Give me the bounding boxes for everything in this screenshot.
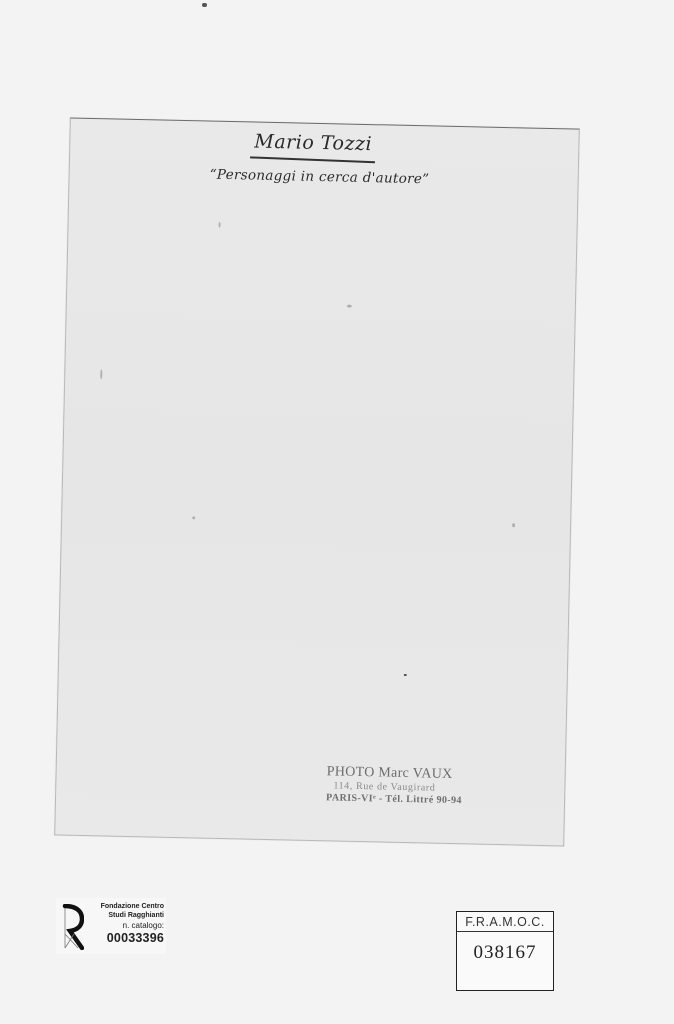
fleck [404, 674, 407, 676]
catalog-label: n. catalogo: [86, 921, 164, 931]
handwritten-underline [250, 156, 375, 162]
dust-speck [202, 3, 207, 7]
framoc-stamp: F.R.A.M.O.C. 038167 [456, 911, 554, 991]
framoc-header: F.R.A.M.O.C. [457, 912, 553, 932]
fleck [219, 222, 221, 228]
photographer-stamp: PHOTO Marc VAUX 114, Rue de Vaugirard PA… [326, 764, 463, 806]
framoc-number: 038167 [457, 942, 553, 964]
handwritten-artist-name: Mario Tozzi [254, 131, 372, 156]
photo-card-verso: Mario Tozzi “Personaggi in cerca d'autor… [54, 118, 580, 847]
fleck [100, 369, 102, 379]
catalog-number: 00033396 [86, 931, 164, 945]
foundation-text: Fondazione Centro Studi Ragghianti n. ca… [86, 902, 164, 945]
fleck [192, 516, 195, 519]
stamp-line-3: PARIS-VIᵉ - Tél. Littré 90-94 [326, 792, 462, 806]
fleck [512, 523, 515, 527]
fleck [347, 305, 352, 308]
ragghianti-r-logo-icon [62, 904, 84, 950]
foundation-name-line1: Fondazione Centro [86, 902, 164, 911]
foundation-name-line2: Studi Ragghianti [86, 911, 164, 920]
foundation-catalog-label: Fondazione Centro Studi Ragghianti n. ca… [56, 898, 166, 954]
handwritten-artwork-title: “Personaggi in cerca d'autore” [210, 167, 430, 188]
